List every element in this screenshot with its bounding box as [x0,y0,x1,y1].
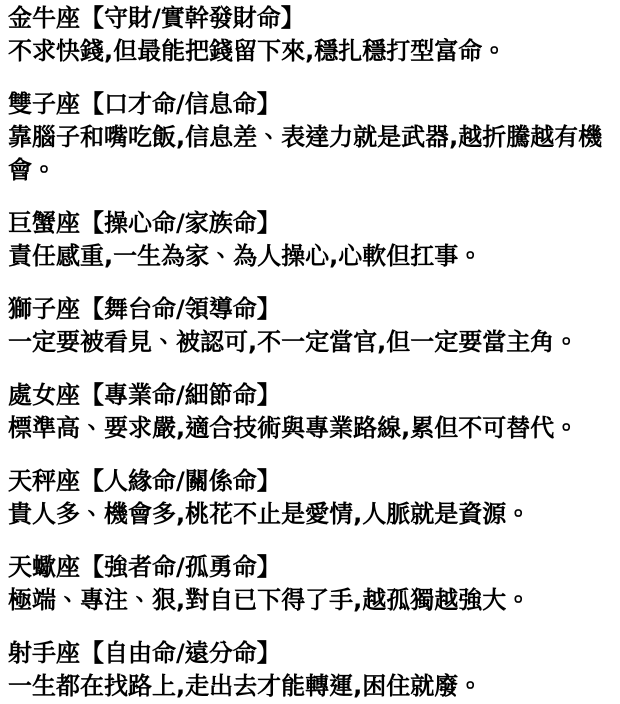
zodiac-fate-label: 【口才命/信息命】 [80,90,281,118]
zodiac-sign-name: 天蠍座 [8,553,80,581]
zodiac-fate-label: 【守財/實幹發財命】 [80,4,305,32]
zodiac-heading: 射手座【自由命/遠分命】 [8,637,612,670]
zodiac-sign-name: 處女座 [8,381,80,409]
zodiac-heading: 金牛座【守財/實幹發財命】 [8,2,612,35]
zodiac-heading: 巨蟹座【操心命/家族命】 [8,207,612,240]
zodiac-fate-label: 【強者命/孤勇命】 [80,553,281,581]
zodiac-description: 責任感重,一生為家、為人操心,心軟但扛事。 [8,240,612,273]
zodiac-fate-label: 【專業命/細節命】 [80,381,281,409]
zodiac-heading: 天秤座【人緣命/關係命】 [8,465,612,498]
zodiac-description: 一定要被看見、被認可,不一定當官,但一定要當主角。 [8,326,612,359]
zodiac-fate-label: 【操心命/家族命】 [80,209,281,237]
zodiac-description: 一生都在找路上,走出去才能轉運,困住就廢。 [8,670,612,703]
zodiac-description: 靠腦子和嘴吃飯,信息差、表達力就是武器,越折騰越有機會。 [8,121,612,187]
zodiac-sign-name: 巨蟹座 [8,209,80,237]
zodiac-sign-name: 金牛座 [8,4,80,32]
zodiac-heading: 處女座【專業命/細節命】 [8,379,612,412]
zodiac-fate-label: 【舞台命/領導命】 [80,295,281,323]
zodiac-fate-label: 【人緣命/關係命】 [80,467,281,495]
zodiac-section-leo: 獅子座【舞台命/領導命】 一定要被看見、被認可,不一定當官,但一定要當主角。 [8,293,612,359]
zodiac-fate-label: 【自由命/遠分命】 [80,639,281,667]
zodiac-heading: 天蠍座【強者命/孤勇命】 [8,551,612,584]
zodiac-section-virgo: 處女座【專業命/細節命】 標準高、要求嚴,適合技術與專業路線,累但不可替代。 [8,379,612,445]
zodiac-sign-name: 雙子座 [8,90,80,118]
zodiac-section-cancer: 巨蟹座【操心命/家族命】 責任感重,一生為家、為人操心,心軟但扛事。 [8,207,612,273]
zodiac-description: 標準高、要求嚴,適合技術與專業路線,累但不可替代。 [8,412,612,445]
zodiac-description: 不求快錢,但最能把錢留下來,穩扎穩打型富命。 [8,35,612,68]
zodiac-heading: 雙子座【口才命/信息命】 [8,88,612,121]
zodiac-sign-name: 天秤座 [8,467,80,495]
zodiac-section-scorpio: 天蠍座【強者命/孤勇命】 極端、專注、狠,對自已下得了手,越孤獨越強大。 [8,551,612,617]
zodiac-section-taurus: 金牛座【守財/實幹發財命】 不求快錢,但最能把錢留下來,穩扎穩打型富命。 [8,2,612,68]
zodiac-section-sagittarius: 射手座【自由命/遠分命】 一生都在找路上,走出去才能轉運,困住就廢。 [8,637,612,703]
zodiac-description: 極端、專注、狠,對自已下得了手,越孤獨越強大。 [8,584,612,617]
zodiac-heading: 獅子座【舞台命/領導命】 [8,293,612,326]
zodiac-description: 貴人多、機會多,桃花不止是愛情,人脈就是資源。 [8,498,612,531]
zodiac-fate-text-page: 金牛座【守財/實幹發財命】 不求快錢,但最能把錢留下來,穩扎穩打型富命。 雙子座… [0,0,620,704]
zodiac-section-libra: 天秤座【人緣命/關係命】 貴人多、機會多,桃花不止是愛情,人脈就是資源。 [8,465,612,531]
zodiac-section-gemini: 雙子座【口才命/信息命】 靠腦子和嘴吃飯,信息差、表達力就是武器,越折騰越有機會… [8,88,612,187]
zodiac-sign-name: 獅子座 [8,295,80,323]
zodiac-sign-name: 射手座 [8,639,80,667]
